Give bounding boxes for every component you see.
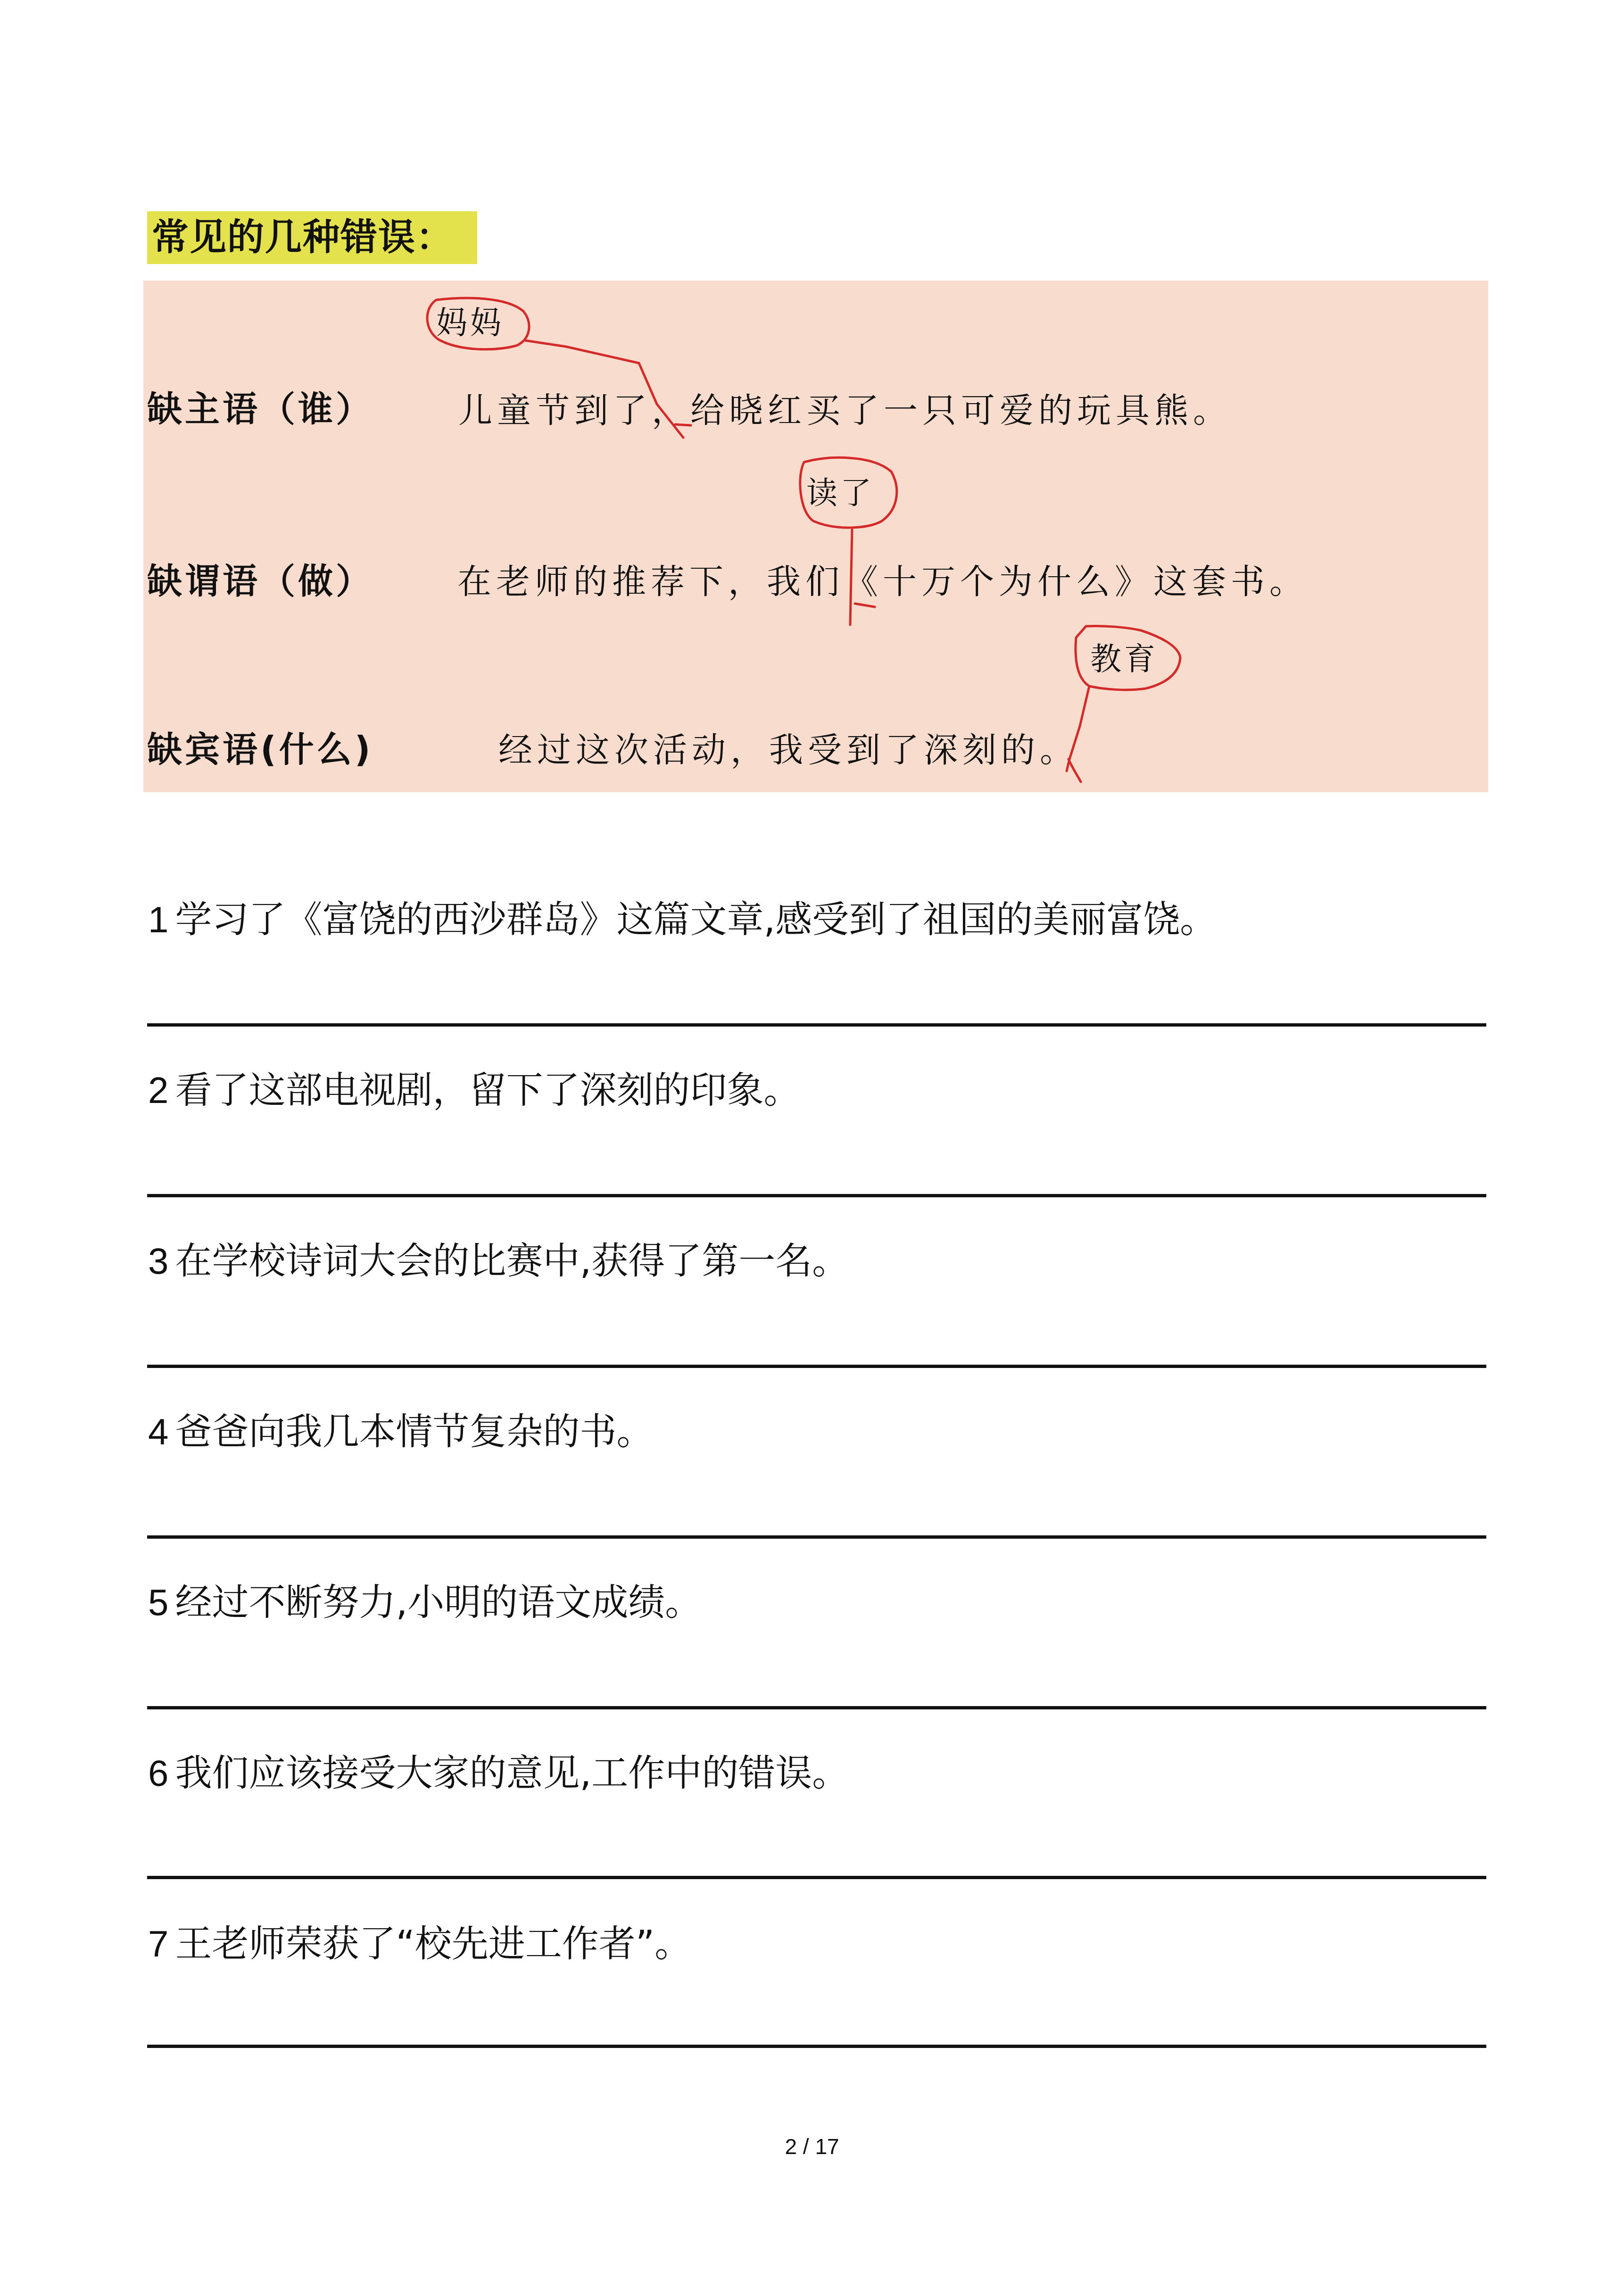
question-text: 王老师荣获了“校先进工作者”。: [175, 1923, 691, 1965]
question-7: 7王老师荣获了“校先进工作者”。: [148, 1920, 691, 1968]
question-6: 6我们应该接受大家的意见,工作中的错误。: [148, 1749, 849, 1797]
question-number: 1: [148, 899, 168, 940]
question-1: 1学习了《富饶的西沙群岛》这篇文章,感受到了祖国的美丽富饶。: [148, 896, 1217, 944]
question-text: 在学校诗词大会的比赛中,获得了第一名。: [175, 1240, 849, 1283]
question-text: 经过不断努力,小明的语文成绩。: [175, 1582, 702, 1624]
example-box: [143, 281, 1488, 792]
example-sentence-2: 在老师的推荐下，我们《十万个为什么》这套书。: [457, 560, 1308, 603]
question-number: 4: [148, 1411, 168, 1452]
question-text: 学习了《富饶的西沙群岛》这篇文章,感受到了祖国的美丽富饶。: [175, 899, 1217, 941]
question-text: 我们应该接受大家的意见,工作中的错误。: [175, 1752, 849, 1795]
answer-line-6[interactable]: [147, 1876, 1486, 1879]
question-number: 2: [148, 1069, 168, 1111]
question-text: 爸爸向我几本情节复杂的书。: [175, 1411, 653, 1453]
answer-line-2[interactable]: [147, 1194, 1486, 1197]
question-5: 5经过不断努力,小明的语文成绩。: [148, 1579, 702, 1626]
answer-line-1[interactable]: [147, 1023, 1486, 1027]
section-title: 常见的几种错误：: [147, 211, 477, 264]
answer-line-7[interactable]: [147, 2045, 1486, 2048]
answer-line-4[interactable]: [147, 1535, 1486, 1539]
question-text: 看了这部电视剧，留下了深刻的印象。: [175, 1069, 800, 1112]
question-number: 7: [148, 1923, 168, 1964]
question-4: 4爸爸向我几本情节复杂的书。: [148, 1408, 653, 1456]
page-number: 2 / 17: [0, 2132, 1624, 2161]
correction-word-3: 教育: [1090, 640, 1158, 678]
correction-word-1: 妈妈: [436, 304, 504, 342]
question-number: 6: [148, 1752, 168, 1794]
example-label-missing-subject: 缺主语（谁）: [147, 388, 373, 431]
example-label-missing-object: 缺宾语(什么): [147, 729, 373, 771]
correction-word-2: 读了: [806, 474, 874, 512]
question-number: 3: [148, 1240, 168, 1282]
example-sentence-1: 儿童节到了，给晓红买了一只可爱的玩具熊。: [458, 389, 1232, 431]
example-sentence-3: 经过这次活动，我受到了深刻的。: [498, 729, 1078, 771]
question-2: 2看了这部电视剧，留下了深刻的印象。: [148, 1067, 800, 1114]
question-number: 5: [148, 1582, 168, 1623]
question-3: 3在学校诗词大会的比赛中,获得了第一名。: [148, 1237, 849, 1285]
answer-line-5[interactable]: [147, 1706, 1486, 1709]
answer-line-3[interactable]: [147, 1365, 1486, 1368]
example-label-missing-predicate: 缺谓语（做）: [147, 560, 373, 603]
